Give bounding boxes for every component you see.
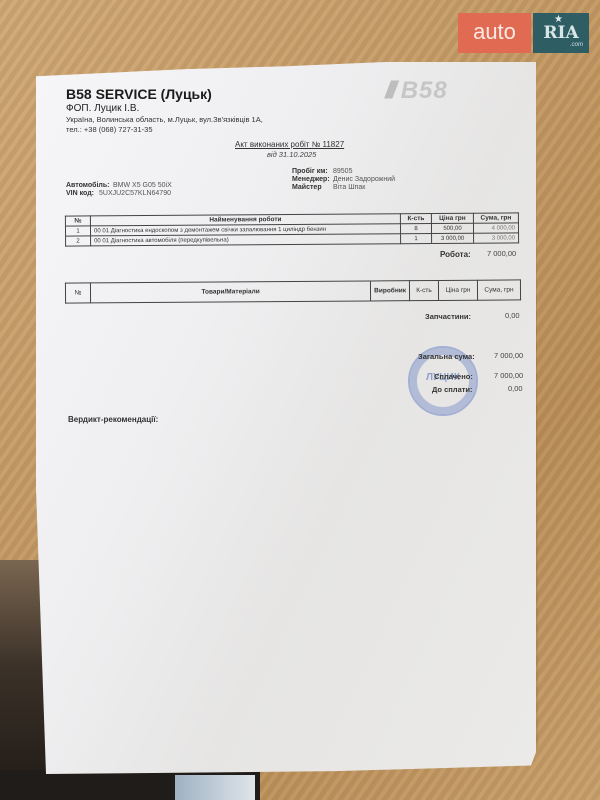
company-address: Україна, Волинська область, м.Луцьк, вул…: [66, 115, 263, 124]
grand-total-value: 7 000,00: [494, 351, 523, 360]
mileage-value: 89505: [333, 168, 352, 175]
col-number: №: [65, 283, 90, 303]
b58-logo: /// B58: [385, 77, 448, 105]
car-label: Автомобіль:: [66, 182, 110, 189]
parts-total-label: Запчастини:: [425, 312, 471, 321]
row-work-name: 00 01 Діагностика автомобіля (передкупів…: [91, 234, 401, 246]
materials-table: № Товари/Матеріали Виробник К-сть Ціна г…: [65, 279, 521, 303]
company-owner: ФОП. Луцик І.В.: [66, 103, 139, 114]
works-total-label: Робота:: [440, 250, 471, 259]
row-number: 2: [66, 236, 91, 246]
act-title: Акт виконаних робіт № 11827: [235, 140, 344, 149]
master-label: Майстер: [292, 184, 322, 191]
row-qty: 8: [400, 224, 431, 234]
due-label: До сплати:: [432, 385, 473, 394]
watermark-auto: auto: [458, 13, 531, 53]
row-sum: 3 000,00: [474, 233, 519, 243]
row-number: 1: [65, 226, 90, 236]
act-date: від 31.10.2025: [267, 150, 316, 159]
col-sum: Сума, грн: [477, 280, 520, 300]
works-total-value: 7 000,00: [487, 249, 516, 258]
col-sum: Сума, грн: [473, 213, 518, 223]
col-manufacturer: Виробник: [371, 281, 410, 301]
star-icon: ★: [554, 14, 563, 25]
parts-total-value: 0,00: [505, 311, 520, 320]
row-sum: 4 000,00: [473, 223, 518, 233]
paid-label: Сплачено:: [434, 372, 473, 381]
paid-value: 7 000,00: [494, 371, 523, 380]
col-goods: Товари/Матеріали: [90, 281, 370, 303]
manager-value: Денис Задорожний: [333, 176, 395, 183]
row-price: 3 000,00: [432, 233, 474, 243]
car-value: BMW X5 G05 50iX: [113, 182, 172, 189]
logo-bars-icon: ///: [385, 77, 393, 104]
row-qty: 1: [401, 234, 432, 244]
verdict-label: Вердикт-рекомендації:: [68, 415, 158, 424]
col-qty: К-сть: [400, 214, 431, 224]
mileage-label: Пробіг км:: [292, 168, 328, 175]
col-qty: К-сть: [409, 280, 438, 300]
autoria-watermark: auto RIA ★ .com: [458, 13, 588, 53]
background-cloth: [175, 775, 255, 800]
grand-total-label: Загальна сума:: [418, 352, 475, 361]
company-name: B58 SERVICE (Луцьк): [66, 86, 212, 102]
logo-text: B58: [401, 77, 448, 104]
due-value: 0,00: [508, 384, 523, 393]
company-phone: тел.: +38 (068) 727-31-35: [66, 125, 153, 134]
col-price: Ціна грн: [438, 280, 477, 300]
materials-header-row: № Товари/Матеріали Виробник К-сть Ціна г…: [65, 280, 520, 303]
works-table: № Найменування роботи К-сть Ціна грн Сум…: [65, 212, 519, 246]
manager-label: Менеджер:: [292, 176, 330, 183]
master-value: Віта Шпак: [333, 184, 365, 191]
vin-label: VIN код:: [66, 190, 94, 197]
vin-value: 5UXJU2C57KLN64790: [99, 190, 171, 197]
col-number: №: [65, 216, 90, 226]
watermark-suffix: .com: [570, 42, 583, 48]
col-price: Ціна грн: [431, 213, 473, 223]
row-price: 500,00: [431, 223, 473, 233]
